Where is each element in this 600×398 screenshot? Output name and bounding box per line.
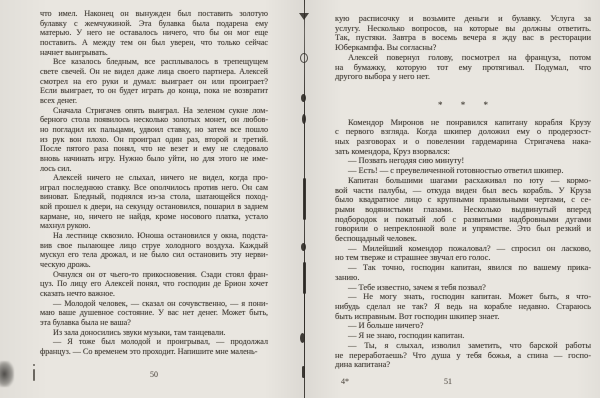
text-line: цуз. По лицу его Алексей понял, что госп… bbox=[40, 279, 268, 289]
text-line: смотрел на его руки и думал: выиграет он… bbox=[40, 77, 268, 87]
text-line: кармане, но, ничего не найдя, кроме носо… bbox=[40, 212, 268, 222]
ink-smudge bbox=[0, 361, 14, 387]
gutter-ink-mark bbox=[302, 114, 306, 124]
text-line: вив свое пылающее лицо струе холодного в… bbox=[40, 241, 268, 251]
ink-smudge bbox=[33, 364, 35, 366]
text-line: мускул его тела дрожал, и не было сил ос… bbox=[40, 250, 268, 260]
text-line: виноват. Бледный, поднялся из-за стола, … bbox=[40, 192, 268, 202]
text-line: но погладил их пальцами, удвоил ставку, … bbox=[40, 125, 268, 135]
text-line: На лестнице сквозило. Юноша остановился … bbox=[40, 231, 268, 241]
book-scan-spread: что имел. Наконец он вынужден был постав… bbox=[0, 0, 600, 398]
text-line: — Я тоже был молодой и проигрывал, — про… bbox=[40, 337, 268, 347]
text-line: Сначала Стригачев опять выиграл. На зеле… bbox=[40, 106, 268, 116]
text-line: махнул рукою. bbox=[40, 221, 268, 231]
text-line: лось сил. bbox=[40, 164, 268, 174]
text-line: Из зала доносились звуки музыки, там тан… bbox=[40, 328, 268, 338]
right-page-number: 51 bbox=[444, 377, 452, 386]
text-line: булавку с жемчужиной. Эта булавка была п… bbox=[40, 19, 268, 29]
gutter-ink-mark bbox=[303, 178, 306, 220]
gutter-ink-mark bbox=[300, 53, 308, 63]
text-line: Алексей ничего не слыхал, ничего не виде… bbox=[40, 173, 268, 183]
text-line: Очнулся он от чьего-то прикосновения. Сз… bbox=[40, 270, 268, 280]
section-separator: * * * bbox=[335, 101, 591, 111]
text-line: свете свечей. Он не видел даже лица свое… bbox=[40, 67, 268, 77]
text-line: другого выбора у него нет. bbox=[335, 72, 591, 82]
text-line: сказать нечто важное. bbox=[40, 289, 268, 299]
text-line: вновь начинать игру. Нужно было уйти, но… bbox=[40, 154, 268, 164]
gutter-ink-mark bbox=[301, 243, 306, 251]
text-line: француз. — Со временем это проходит. Нап… bbox=[40, 347, 268, 357]
gutter-ink-mark bbox=[302, 366, 305, 378]
right-page-text: кую расписочку и возьмите деньги и булав… bbox=[335, 14, 591, 370]
text-line: что имел. Наконец он вынужден был постав… bbox=[40, 9, 268, 19]
signature-mark: 4* bbox=[341, 377, 349, 386]
left-page-text: что имел. Наконец он вынужден был постав… bbox=[40, 9, 268, 357]
text-line: — Молодой человек, — сказал он сочувстве… bbox=[40, 299, 268, 309]
text-line: Все казалось бледным, все расплывалось в… bbox=[40, 57, 268, 67]
text-line: — Так точно, господин капитан, явился по… bbox=[335, 263, 591, 273]
gutter-ink-mark bbox=[301, 94, 306, 102]
text-line: дина капитана? bbox=[335, 360, 591, 370]
text-line: из рук вон плохо. Он проиграл один раз, … bbox=[40, 135, 268, 145]
text-line: матерью. У него не оставалось ничего, чт… bbox=[40, 28, 268, 38]
text-line: всех денег. bbox=[40, 96, 268, 106]
text-line: играл последнюю ставку. Все ополчилось п… bbox=[40, 183, 268, 193]
left-page-number: 50 bbox=[40, 370, 268, 379]
text-line: ческую дрожь. bbox=[40, 260, 268, 270]
text-line: берного стола появилось несколько золоты… bbox=[40, 115, 268, 125]
text-line: поставить. А между тем он был уверен, чт… bbox=[40, 38, 268, 48]
gutter-ink-mark bbox=[299, 13, 309, 20]
text-line: маю ваше душевное состояние. У вас нет д… bbox=[40, 308, 268, 318]
text-line: начнет выигрывать. bbox=[40, 48, 268, 58]
text-line: Если выиграет, то он будет играть до кон… bbox=[40, 86, 268, 96]
gutter-ink-mark bbox=[300, 333, 305, 343]
text-line: кой прошел к двери, на секунду остановил… bbox=[40, 202, 268, 212]
gutter-ink-mark bbox=[303, 262, 306, 294]
text-line: После пятого раза понял, что не везет и … bbox=[40, 144, 268, 154]
text-line: эта булавка была не ваша? bbox=[40, 318, 268, 328]
ink-smudge bbox=[33, 369, 35, 381]
